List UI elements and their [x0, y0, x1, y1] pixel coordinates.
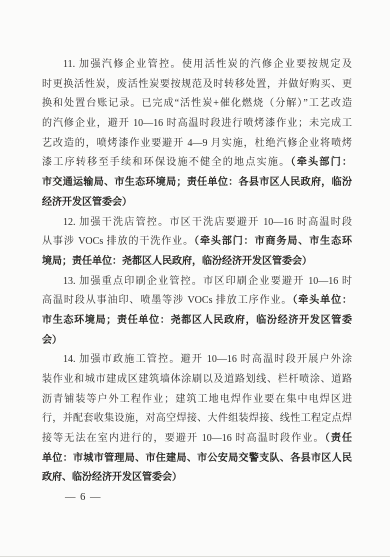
line-text: 沥青铺装等户外工程作业；建筑工地电焊作业要在集中电焊区进	[42, 394, 352, 405]
text-line: 市生态环境局；责任单位：尧都区人民政府，临汾经济开发区管委	[42, 311, 352, 331]
text-line: 市交通运输局、市生态环境局；责任单位：各县市区人民政府，临汾	[42, 173, 352, 193]
text-line: 12. 加强干洗店管控。市区干洗店要避开 10—16 时高温时段	[42, 213, 352, 233]
text-line: 13. 加强重点印刷企业管控。市区印刷企业要避开 10—16 时	[42, 272, 352, 292]
responsibility-text: 会）	[42, 335, 62, 346]
text-line: 行，并配套收集设施，对高空焊接、大件组装焊接、线性工程定点焊	[42, 409, 352, 429]
responsibility-text: 市生态环境局；责任单位：尧都区人民政府，临汾经济开发区管委	[42, 315, 352, 326]
responsibility-text: （责任	[325, 433, 352, 444]
text-line: 接等无法在室内进行的，要避开 10—16 时高温时段作业。（责任	[42, 429, 352, 449]
responsibility-text: 境局；责任单位：尧都区人民政府，临汾经济开发区管委会）	[42, 256, 312, 267]
responsibility-text: 单位：市城市管理局、市住建局、市公安局交警支队、各县市区人民	[42, 453, 352, 464]
responsibility-text: 经济开发区管委会）	[42, 197, 132, 208]
text-line: 会）	[42, 331, 352, 351]
line-text: 时更换活性炭，废活性炭要按规范及时转移处置，并做好购买、更	[42, 79, 352, 90]
line-text: 装作业和城市建成区建筑墙体涂刷以及道路划线、栏杆喷涂、道路	[42, 374, 352, 385]
line-text: 高温时段从事油印、喷墨等涉 VOCs 排放工序作业。	[42, 295, 292, 306]
page-number-label: — 6 —	[65, 492, 102, 503]
line-text: 从事涉 VOCs 排放的干洗作业。	[42, 236, 194, 247]
text-line: 经济开发区管委会）	[42, 193, 352, 213]
line-text: 的汽修企业，避开 10—16 时高温时段进行喷烤漆作业；未完成工	[42, 118, 352, 129]
line-text: 换和处置台账记录。已完成“活性炭+催化燃烧（分解）”工艺改造	[42, 98, 352, 109]
responsibility-text: （牵头部门：	[291, 157, 352, 168]
paragraph-item-13: 13. 加强重点印刷企业管控。市区印刷企业要避开 10—16 时 高温时段从事油…	[42, 272, 352, 351]
text-line: 时更换活性炭，废活性炭要按规范及时转移处置，并做好购买、更	[42, 75, 352, 95]
paragraph-item-14: 14. 加强市政施工管控。避开 10—16 时高温时段开展户外涂 装作业和城市建…	[42, 350, 352, 488]
line-text: 11. 加强汽修企业管控。使用活性炭的汽修企业要按规定及	[63, 59, 352, 70]
text-line: 漆工序转移至手续和环保设施不健全的地点实施。（牵头部门：	[42, 153, 352, 173]
text-line: 艺改造的，喷烤漆作业要避开 4—9 月实施，杜绝汽修企业将喷烤	[42, 134, 352, 154]
text-line: 14. 加强市政施工管控。避开 10—16 时高温时段开展户外涂	[42, 350, 352, 370]
responsibility-text: 市交通运输局、市生态环境局；责任单位：各县市区人民政府，临汾	[42, 177, 352, 188]
text-line: 高温时段从事油印、喷墨等涉 VOCs 排放工序作业。（牵头单位：	[42, 291, 352, 311]
paragraph-item-11: 11. 加强汽修企业管控。使用活性炭的汽修企业要按规定及 时更换活性炭，废活性炭…	[42, 55, 352, 213]
text-line: 境局；责任单位：尧都区人民政府，临汾经济开发区管委会）	[42, 252, 352, 272]
text-line: 换和处置台账记录。已完成“活性炭+催化燃烧（分解）”工艺改造	[42, 94, 352, 114]
line-text: 14. 加强市政施工管控。避开 10—16 时高温时段开展户外涂	[63, 354, 352, 365]
document-body: 11. 加强汽修企业管控。使用活性炭的汽修企业要按规定及 时更换活性炭，废活性炭…	[42, 55, 352, 508]
line-text: 12. 加强干洗店管控。市区干洗店要避开 10—16 时高温时段	[63, 217, 352, 228]
text-line: 的汽修企业，避开 10—16 时高温时段进行喷烤漆作业；未完成工	[42, 114, 352, 134]
responsibility-text: （牵头部门：市商务局、市生态环	[194, 236, 352, 247]
line-text: 行，并配套收集设施，对高空焊接、大件组装焊接、线性工程定点焊	[42, 413, 352, 424]
responsibility-text: （牵头单位：	[292, 295, 352, 306]
line-text: 艺改造的，喷烤漆作业要避开 4—9 月实施，杜绝汽修企业将喷烤	[42, 138, 352, 149]
text-line: 政府、临汾经济开发区管委会）	[42, 468, 352, 488]
text-line: 沥青铺装等户外工程作业；建筑工地电焊作业要在集中电焊区进	[42, 390, 352, 410]
text-line: 从事涉 VOCs 排放的干洗作业。（牵头部门：市商务局、市生态环	[42, 232, 352, 252]
text-line: 11. 加强汽修企业管控。使用活性炭的汽修企业要按规定及	[42, 55, 352, 75]
line-text: 漆工序转移至手续和环保设施不健全的地点实施。	[42, 157, 291, 168]
page-number: — 6 —	[42, 488, 352, 508]
text-line: 装作业和城市建成区建筑墙体涂刷以及道路划线、栏杆喷涂、道路	[42, 370, 352, 390]
line-text: 接等无法在室内进行的，要避开 10—16 时高温时段作业。	[42, 433, 325, 444]
responsibility-text: 政府、临汾经济开发区管委会）	[42, 472, 182, 483]
document-page: 11. 加强汽修企业管控。使用活性炭的汽修企业要按规定及 时更换活性炭，废活性炭…	[0, 0, 390, 557]
text-line: 单位：市城市管理局、市住建局、市公安局交警支队、各县市区人民	[42, 449, 352, 469]
paragraph-item-12: 12. 加强干洗店管控。市区干洗店要避开 10—16 时高温时段 从事涉 VOC…	[42, 213, 352, 272]
line-text: 13. 加强重点印刷企业管控。市区印刷企业要避开 10—16 时	[63, 276, 352, 287]
